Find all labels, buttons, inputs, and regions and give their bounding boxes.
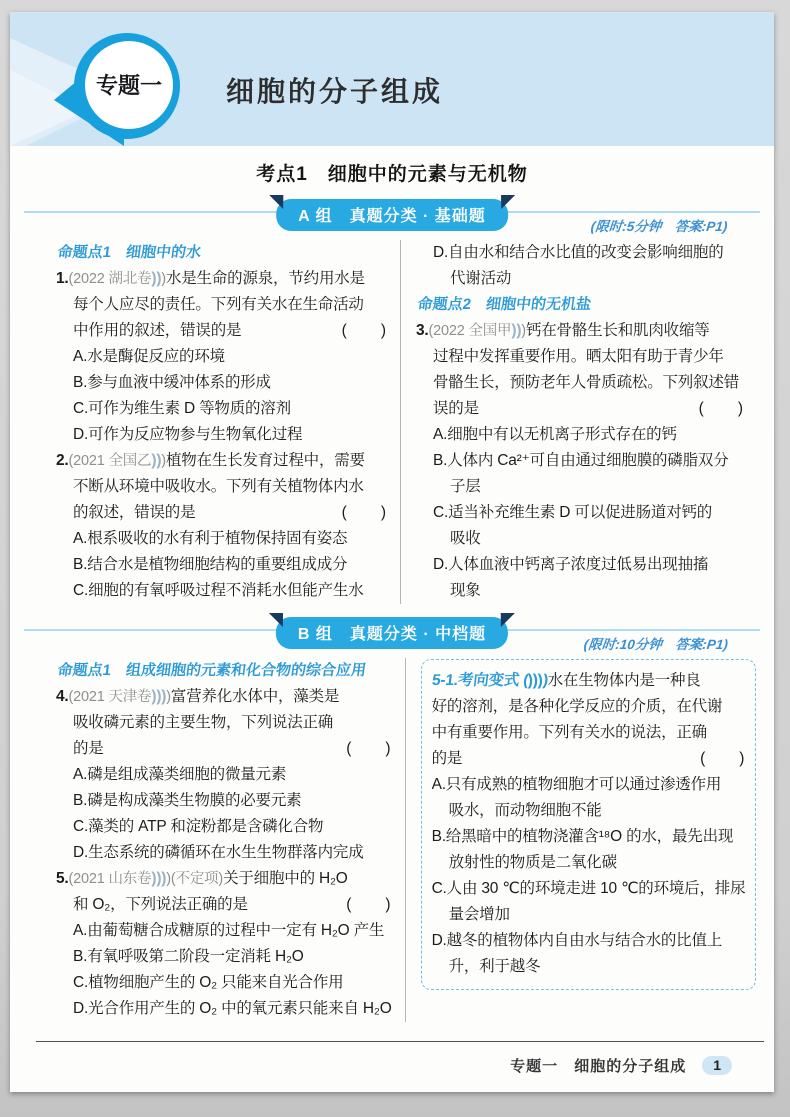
section-b: B 组 真题分类 · 中档题 (限时:10分钟 答案:P1) 命题点1 组成细胞… [10, 604, 774, 1022]
text-line: A.水是酶促反应的环境 [73, 344, 387, 370]
text-line: B.参与血液中缓冲体系的形成 [73, 370, 387, 396]
text-segment: 误的是 [433, 396, 479, 422]
source-tag: (不定项) [171, 866, 223, 892]
source-tag: (2021 山东卷 [69, 866, 152, 892]
source-tag: (2021 全国乙 [69, 448, 152, 474]
text-segment: C.藻类的 ATP 和淀粉都是含磷化合物 [73, 814, 323, 840]
text-segment: D.可作为反应物参与生物氧化过程 [73, 422, 302, 448]
text-segment: 中有重要作用。下列有关水的说法，正确 [432, 720, 707, 746]
text-segment: D.光合作用产生的 O₂ 中的氧元素只能来自 H₂O [73, 996, 392, 1022]
kaodian-heading: 考点1 细胞中的元素与无机物 [10, 159, 774, 186]
text-segment: 植物在生长发育过程中，需要 [166, 448, 365, 474]
answer-brackets: ( ) [342, 500, 387, 526]
source-tag: (2022 全国甲 [429, 318, 512, 344]
text-segment: B.结合水是植物细胞结构的重要组成成分 [73, 552, 347, 578]
text-line: A.细胞中有以无机离子形式存在的钙 [433, 422, 744, 448]
question-number: 5. [56, 866, 69, 892]
text-line: 和 O₂，下列说法正确的是( ) [73, 892, 392, 918]
text-segment: 吸水，而动物细胞不能 [449, 798, 602, 824]
section-a: A 组 真题分类 · 基础题 (限时:5分钟 答案:P1) 命题点1 细胞中的水… [10, 186, 774, 604]
text-line: 量会增加 [432, 902, 746, 928]
text-segment: 好的溶剂，是各种化学反应的介质，在代谢 [432, 694, 723, 720]
text-segment: B.参与血液中缓冲体系的形成 [73, 370, 271, 396]
question-number: 4. [56, 684, 69, 710]
text-segment: 水是生命的源泉，节约用水是 [166, 266, 365, 292]
difficulty-icon: ))) [151, 684, 166, 710]
section-a-right-column: D.自由水和结合水比值的改变会影响细胞的代谢活动命题点2 细胞中的无机盐3.(2… [400, 240, 744, 604]
text-segment: C.适当补充维生素 D 可以促进肠道对钙的 [433, 500, 712, 526]
text-line: 每个人应尽的责任。下列有关水在生命活动 [73, 292, 387, 318]
difficulty-icon: )) [151, 448, 161, 474]
text-line: 3.(2022 全国甲)))钙在骨骼生长和肌肉收缩等 [416, 318, 744, 344]
text-segment: 现象 [450, 578, 481, 604]
text-line: 1.(2022 湖北卷)))水是生命的源泉，节约用水是 [56, 266, 387, 292]
text-line: B.有氧呼吸第二阶段一定消耗 H₂O [73, 944, 392, 970]
text-line: 吸收 [433, 526, 744, 552]
point-heading: 命题点2 细胞中的无机盐 [416, 292, 747, 318]
point-heading: 命题点1 细胞中的水 [56, 240, 390, 266]
text-segment: D.越冬的植物体内自由水与结合水的比值上 [432, 928, 723, 954]
text-segment: 代谢活动 [450, 266, 511, 292]
question-number: 3. [416, 318, 429, 344]
text-segment: 子层 [450, 474, 481, 500]
text-segment: 关于细胞中的 H₂O [223, 866, 348, 892]
question-block: 5-1.考向变式 ())))水在生物体内是一种良好的溶剂，是各种化学反应的介质，… [432, 668, 746, 980]
question-block: 1.(2022 湖北卷)))水是生命的源泉，节约用水是每个人应尽的责任。下列有关… [56, 266, 387, 448]
question-block: 5.(2021 山东卷))))(不定项)关于细胞中的 H₂O和 O₂，下列说法正… [56, 866, 392, 1022]
footer-title: 细胞的分子组成 [574, 1055, 686, 1076]
text-segment: 钙在骨骼生长和肌肉收缩等 [526, 318, 710, 344]
difficulty-icon: )) [151, 266, 161, 292]
text-segment: 富营养化水体中，藻类是 [171, 684, 339, 710]
chapter-banner: 专题一 细胞的分子组成 [10, 12, 774, 146]
difficulty-icon: ))) [151, 866, 166, 892]
text-segment: A.由葡萄糖合成糖原的过程中一定有 H₂O 产生 [73, 918, 384, 944]
answer-brackets: ( ) [699, 396, 744, 422]
point-heading: 命题点1 组成细胞的元素和化合物的综合应用 [56, 658, 395, 684]
text-segment: D.生态系统的磷循环在水生生物群落内完成 [73, 840, 364, 866]
text-segment: 升，利于越冬 [449, 954, 541, 980]
text-line: D.越冬的植物体内自由水与结合水的比值上 [432, 928, 746, 954]
text-segment: C.可作为维生素 D 等物质的溶剂 [73, 396, 291, 422]
text-line: C.藻类的 ATP 和淀粉都是含磷化合物 [73, 814, 392, 840]
text-line: A.由葡萄糖合成糖原的过程中一定有 H₂O 产生 [73, 918, 392, 944]
text-segment: B.人体内 Ca²⁺可自由通过细胞膜的磷脂双分 [433, 448, 729, 474]
text-line: 中作用的叙述，错误的是( ) [73, 318, 387, 344]
page-number-pill: 1 [702, 1056, 732, 1075]
text-segment: A.只有成熟的植物细胞才可以通过渗透作用 [432, 772, 722, 798]
text-line: C.人由 30 ℃的环境走进 10 ℃的环境后，排尿 [432, 876, 746, 902]
section-b-time-note: (限时:10分钟 答案:P1) [583, 633, 729, 653]
text-line: 子层 [433, 474, 744, 500]
section-a-time-note: (限时:5分钟 答案:P1) [590, 215, 729, 235]
text-line: 的是( ) [73, 736, 392, 762]
section-b-badge: B 组 真题分类 · 中档题 [276, 617, 508, 649]
source-tag: (2022 湖北卷 [69, 266, 152, 292]
text-segment: A.细胞中有以无机离子形式存在的钙 [433, 422, 677, 448]
answer-brackets: ( ) [700, 746, 745, 772]
text-line: C.植物细胞产生的 O₂ 只能来自光合作用 [73, 970, 392, 996]
variant-question-box: 5-1.考向变式 ())))水在生物体内是一种良好的溶剂，是各种化学反应的介质，… [421, 659, 757, 990]
text-line: B.结合水是植物细胞结构的重要组成成分 [73, 552, 387, 578]
text-line: A.磷是组成藻类细胞的微量元素 [73, 762, 392, 788]
section-a-left-column: 命题点1 细胞中的水1.(2022 湖北卷)))水是生命的源泉，节约用水是每个人… [56, 240, 400, 604]
text-segment: 每个人应尽的责任。下列有关水在生命活动 [73, 292, 364, 318]
text-line: 5-1.考向变式 ())))水在生物体内是一种良 [432, 668, 746, 694]
text-line: 好的溶剂，是各种化学反应的介质，在代谢 [432, 694, 746, 720]
text-line: 不断从环境中吸收水。下列有关植物体内水 [73, 474, 387, 500]
text-segment: 的是 [432, 746, 463, 772]
text-line: C.适当补充维生素 D 可以促进肠道对钙的 [433, 500, 744, 526]
text-segment: 放射性的物质是二氧化碳 [449, 850, 617, 876]
text-line: C.细胞的有氧呼吸过程不消耗水但能产生水 [73, 578, 387, 604]
text-line: 代谢活动 [433, 266, 744, 292]
question-block: 3.(2022 全国甲)))钙在骨骼生长和肌肉收缩等过程中发挥重要作用。晒太阳有… [416, 318, 744, 604]
text-segment: 过程中发挥重要作用。晒太阳有助于青少年 [433, 344, 724, 370]
text-line: D.自由水和结合水比值的改变会影响细胞的 [433, 240, 744, 266]
text-line: B.人体内 Ca²⁺可自由通过细胞膜的磷脂双分 [433, 448, 744, 474]
text-line: 的是( ) [432, 746, 746, 772]
section-a-badge: A 组 真题分类 · 基础题 [276, 199, 508, 231]
text-line: D.人体血液中钙离子浓度过低易出现抽搐 [433, 552, 744, 578]
text-segment: 不断从环境中吸收水。下列有关植物体内水 [73, 474, 364, 500]
text-line: 吸收磷元素的主要生物，下列说法正确 [73, 710, 392, 736]
text-line: 4.(2021 天津卷))))富营养化水体中，藻类是 [56, 684, 392, 710]
text-line: B.给黑暗中的植物浇灌含¹⁸O 的水，最先出现 [432, 824, 746, 850]
question-block: 2.(2021 全国乙)))植物在生长发育过程中，需要不断从环境中吸收水。下列有… [56, 448, 387, 604]
text-segment: 量会增加 [449, 902, 510, 928]
text-segment: 的是 [73, 736, 104, 762]
text-segment: A.根系吸收的水有利于植物保持固有姿态 [73, 526, 347, 552]
text-segment: 中作用的叙述，错误的是 [73, 318, 241, 344]
text-segment: A.水是酶促反应的环境 [73, 344, 225, 370]
book-page: 专题一 细胞的分子组成 考点1 细胞中的元素与无机物 A 组 真题分类 · 基础… [10, 12, 774, 1092]
question-block: 4.(2021 天津卷))))富营养化水体中，藻类是吸收磷元素的主要生物，下列说… [56, 684, 392, 866]
question-block: D.自由水和结合水比值的改变会影响细胞的代谢活动 [416, 240, 744, 292]
text-segment: C.人由 30 ℃的环境走进 10 ℃的环境后，排尿 [432, 876, 746, 902]
text-segment: 水在生物体内是一种良 [548, 668, 701, 694]
text-line: 2.(2021 全国乙)))植物在生长发育过程中，需要 [56, 448, 387, 474]
text-segment: 骨骼生长，预防老年人骨质疏松。下列叙述错 [433, 370, 739, 396]
text-line: 放射性的物质是二氧化碳 [432, 850, 746, 876]
text-line: D.生态系统的磷循环在水生生物群落内完成 [73, 840, 392, 866]
text-line: D.可作为反应物参与生物氧化过程 [73, 422, 387, 448]
text-segment: B.有氧呼吸第二阶段一定消耗 H₂O [73, 944, 304, 970]
text-segment: 和 O₂，下列说法正确的是 [73, 892, 248, 918]
section-b-right-column: 5-1.考向变式 ())))水在生物体内是一种良好的溶剂，是各种化学反应的介质，… [405, 658, 757, 1022]
text-line: 过程中发挥重要作用。晒太阳有助于青少年 [433, 344, 744, 370]
text-line: A.只有成熟的植物细胞才可以通过渗透作用 [432, 772, 746, 798]
text-segment: A.磷是组成藻类细胞的微量元素 [73, 762, 286, 788]
text-segment: D.自由水和结合水比值的改变会影响细胞的 [433, 240, 724, 266]
section-b-left-column: 命题点1 组成细胞的元素和化合物的综合应用4.(2021 天津卷))))富营养化… [56, 658, 405, 1022]
text-line: C.可作为维生素 D 等物质的溶剂 [73, 396, 387, 422]
question-number: 2. [56, 448, 69, 474]
text-line: 的叙述，错误的是( ) [73, 500, 387, 526]
text-segment: 吸收 [450, 526, 481, 552]
text-segment: B.给黑暗中的植物浇灌含¹⁸O 的水，最先出现 [432, 824, 734, 850]
footer-chapter: 专题一 [510, 1055, 558, 1076]
chapter-badge-label: 专题一 [96, 73, 162, 98]
answer-brackets: ( ) [346, 892, 391, 918]
difficulty-icon: )) [511, 318, 521, 344]
chapter-pin-icon: 专题一 [28, 18, 200, 146]
text-line: 5.(2021 山东卷))))(不定项)关于细胞中的 H₂O [56, 866, 392, 892]
text-line: D.光合作用产生的 O₂ 中的氧元素只能来自 H₂O [73, 996, 392, 1022]
chapter-title: 细胞的分子组成 [226, 70, 443, 110]
question-number: 1. [56, 266, 69, 292]
source-tag: (2021 天津卷 [69, 684, 152, 710]
text-line: 误的是( ) [433, 396, 744, 422]
text-line: 中有重要作用。下列有关水的说法，正确 [432, 720, 746, 746]
text-segment: C.细胞的有氧呼吸过程不消耗水但能产生水 [73, 578, 364, 604]
answer-brackets: ( ) [342, 318, 387, 344]
difficulty-icon: ))) [528, 668, 543, 694]
text-segment: C.植物细胞产生的 O₂ 只能来自光合作用 [73, 970, 344, 996]
text-line: B.磷是构成藻类生物膜的必要元素 [73, 788, 392, 814]
page-footer: 专题一 细胞的分子组成 1 [10, 1041, 774, 1092]
text-line: 骨骼生长，预防老年人骨质疏松。下列叙述错 [433, 370, 744, 396]
text-line: 现象 [433, 578, 744, 604]
variant-label: 5-1.考向变式 ( [432, 668, 530, 694]
answer-brackets: ( ) [346, 736, 391, 762]
text-segment: 的叙述，错误的是 [73, 500, 195, 526]
text-line: 吸水，而动物细胞不能 [432, 798, 746, 824]
text-segment: D.人体血液中钙离子浓度过低易出现抽搐 [433, 552, 708, 578]
text-line: A.根系吸收的水有利于植物保持固有姿态 [73, 526, 387, 552]
text-line: 升，利于越冬 [432, 954, 746, 980]
text-segment: 吸收磷元素的主要生物，下列说法正确 [73, 710, 333, 736]
text-segment: B.磷是构成藻类生物膜的必要元素 [73, 788, 301, 814]
